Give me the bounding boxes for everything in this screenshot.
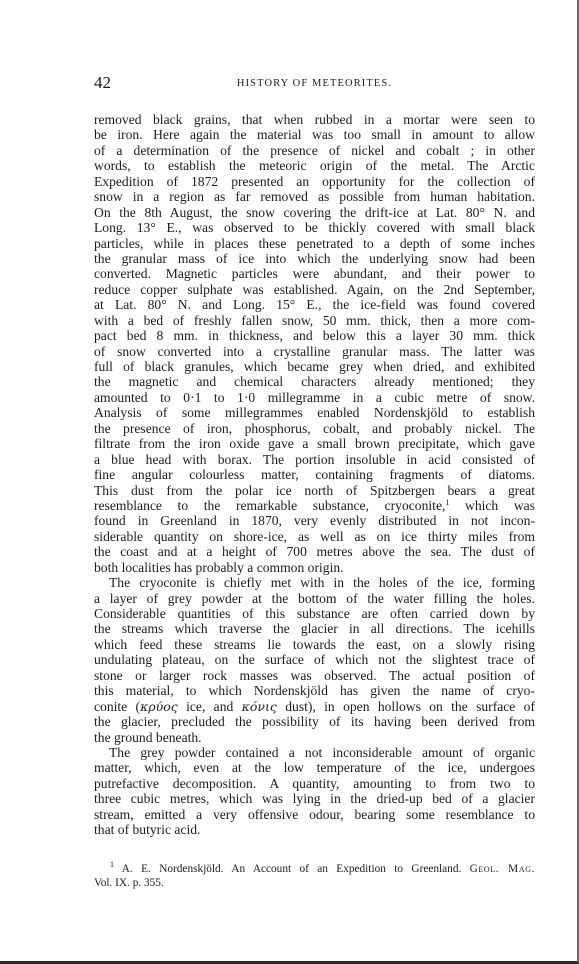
text-line: found in Greenland in 1870, very evenly … bbox=[94, 513, 535, 528]
text-segment: dust), in open hollows on the surface of bbox=[277, 699, 535, 714]
text-line: Expedition of 1872 presented an opportun… bbox=[94, 174, 535, 189]
text-segment: conite ( bbox=[94, 699, 140, 714]
text-line: undulating plateau, on the surface of wh… bbox=[94, 652, 535, 667]
text-line: On the 8th August, the snow covering the… bbox=[94, 205, 535, 220]
text-line: filtrate from the iron oxide gave a smal… bbox=[94, 436, 535, 451]
text-line: a layer of grey powder at the bottom of … bbox=[94, 591, 535, 606]
text-line: removed black grains, that when rubbed i… bbox=[94, 112, 535, 127]
footnotes: 1 A. E. Nordenskjöld. An Account of an E… bbox=[94, 862, 535, 890]
text-line: Analysis of some millegrammes enabled No… bbox=[94, 405, 535, 420]
running-title: HISTORY OF METEORITES. bbox=[94, 77, 535, 91]
text-line: that of butyric acid. bbox=[94, 822, 535, 837]
text-line: both localities has probably a common or… bbox=[94, 560, 535, 575]
text-line: converted. Magnetic particles were abund… bbox=[94, 266, 535, 281]
text-line: the magnetic and chemical characters alr… bbox=[94, 374, 535, 389]
text-line: the coast and at a height of 700 metres … bbox=[94, 544, 535, 559]
text-line-with-footnote-ref: resemblance to the remarkable substance,… bbox=[94, 498, 535, 513]
text-segment: resemblance to the remarkable substance,… bbox=[94, 498, 445, 513]
text-line: This dust from the polar ice north of Sp… bbox=[94, 483, 535, 498]
text-line: the glacier, precluded the possibility o… bbox=[94, 714, 535, 729]
text-line: this material, to which Nordenskjöld has… bbox=[94, 683, 535, 698]
text-line: of snow converted into a crystalline gra… bbox=[94, 344, 535, 359]
footnote-journal: Geol. Mag. bbox=[470, 863, 535, 875]
text-line: fine angular colourless matter, containi… bbox=[94, 467, 535, 482]
text-segment: ice, and bbox=[178, 699, 242, 714]
text-line: amounted to 0·1 to 1·0 millegramme in a … bbox=[94, 390, 535, 405]
text-line: stone or larger rock masses was observed… bbox=[94, 668, 535, 683]
text-line: Long. 13° E., was observed to be thickly… bbox=[94, 220, 535, 235]
footnote-line: 1 A. E. Nordenskjöld. An Account of an E… bbox=[94, 862, 535, 876]
text-line: with a bed of freshly fallen snow, 50 mm… bbox=[94, 313, 535, 328]
text-line: a blue head with borax. The portion inso… bbox=[94, 452, 535, 467]
text-line: words, to establish the meteoric origin … bbox=[94, 158, 535, 173]
text-line: siderable quantity on shore-ice, as well… bbox=[94, 529, 535, 544]
text-line: the granular mass of ice into which the … bbox=[94, 251, 535, 266]
text-line: of a determination of the presence of ni… bbox=[94, 143, 535, 158]
book-page: 42 HISTORY OF METEORITES. removed black … bbox=[0, 0, 579, 964]
text-line: particles, while in places these penetra… bbox=[94, 236, 535, 251]
greek-word-kryos: κρύος bbox=[140, 699, 178, 714]
text-line: snow in a region as far removed as possi… bbox=[94, 189, 535, 204]
footnote-line: Vol. IX. p. 355. bbox=[94, 876, 535, 890]
text-line: stream, emitted a very offensive odour, … bbox=[94, 807, 535, 822]
text-line: The grey powder contained a not inconsid… bbox=[94, 745, 535, 760]
footnote-text: A. E. Nordenskjöld. An Account of an Exp… bbox=[114, 863, 470, 875]
text-line: at Lat. 80° N. and Long. 15° E., the ice… bbox=[94, 297, 535, 312]
greek-word-konis: κόνις bbox=[242, 699, 277, 714]
running-head: 42 HISTORY OF METEORITES. bbox=[94, 74, 535, 92]
text-line: putrefactive decomposition. A quantity, … bbox=[94, 776, 535, 791]
text-line: which feed these streams lie towards the… bbox=[94, 637, 535, 652]
text-line: reduce copper sulphate was established. … bbox=[94, 282, 535, 297]
text-segment: which was bbox=[449, 498, 535, 513]
text-line: three cubic metres, which was lying in t… bbox=[94, 791, 535, 806]
text-line: The cryoconite is chiefly met with in th… bbox=[94, 575, 535, 590]
text-line-with-greek: conite (κρύος ice, and κόνις dust), in o… bbox=[94, 699, 535, 714]
text-line: matter, which, even at the low temperatu… bbox=[94, 760, 535, 775]
text-line: full of black granules, which became gre… bbox=[94, 359, 535, 374]
text-line: the ground beneath. bbox=[94, 730, 535, 745]
text-line: be iron. Here again the material was too… bbox=[94, 127, 535, 142]
text-line: pact bed 8 mm. in thickness, and below t… bbox=[94, 328, 535, 343]
text-line: the presence of iron, phosphorus, cobalt… bbox=[94, 421, 535, 436]
text-line: Considerable quantities of this substanc… bbox=[94, 606, 535, 621]
text-line: the streams which traverse the glacier i… bbox=[94, 621, 535, 636]
body-text: removed black grains, that when rubbed i… bbox=[94, 112, 535, 838]
